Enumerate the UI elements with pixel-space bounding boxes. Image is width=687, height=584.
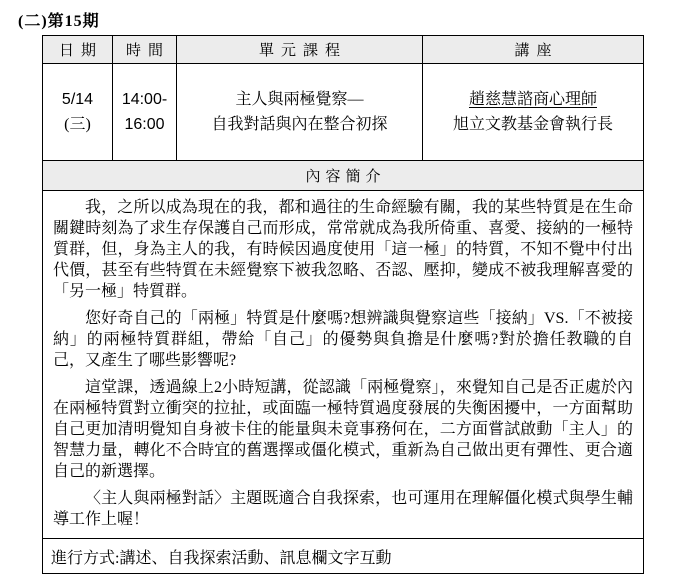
table-header-row: 日期 時間 單元課程 講座 (43, 36, 643, 64)
session-time-start: 14:00- (122, 87, 167, 112)
content-paragraph-4: 〈主人與兩極對話〉主題既適合自我探索，也可運用在理解僵化模式與學生輔導工作上喔！ (53, 488, 633, 530)
content-intro-body: 我，之所以成為現在的我，都和過往的生命經驗有關，我的某些特質是在生命關鍵時刻為了… (43, 191, 643, 539)
course-title-line2: 自我對話與內在整合初探 (211, 112, 387, 137)
method-row: 進行方式:講述、自我探索活動、訊息欄文字互動 (43, 539, 643, 573)
content-paragraph-3: 這堂課，透過線上2小時短講，從認識「兩極覺察」，來覺知自己是否正處於內在兩極特質… (53, 377, 633, 482)
speaker-title: 旭立文教基金會執行長 (453, 112, 613, 137)
session-speaker-cell: 趙慈慧諮商心理師 旭立文教基金會執行長 (423, 64, 643, 160)
content-paragraph-2: 您好奇自己的「兩極」特質是什麼嗎?想辨識與覺察這些「接納」VS.「不被接納」的兩… (53, 308, 633, 371)
session-time-cell: 14:00- 16:00 (113, 64, 177, 160)
header-cell-time: 時間 (113, 36, 177, 63)
session-weekday: (三) (64, 112, 91, 137)
header-cell-course: 單元課程 (177, 36, 423, 63)
content-intro-header: 內容簡介 (43, 161, 643, 191)
header-cell-speaker: 講座 (423, 36, 643, 63)
header-cell-date: 日期 (43, 36, 113, 63)
course-title-line1: 主人與兩極覺察— (235, 87, 363, 112)
session-row: 5/14 (三) 14:00- 16:00 主人與兩極覺察— 自我對話與內在整合… (43, 64, 643, 161)
session-date: 5/14 (62, 87, 93, 112)
session-time-end: 16:00 (124, 112, 164, 137)
speaker-name: 趙慈慧諮商心理師 (469, 87, 597, 112)
session-course-cell: 主人與兩極覺察— 自我對話與內在整合初探 (177, 64, 423, 160)
content-paragraph-1: 我，之所以成為現在的我，都和過往的生命經驗有關，我的某些特質是在生命關鍵時刻為了… (53, 197, 633, 302)
session-date-cell: 5/14 (三) (43, 64, 113, 160)
page-title: (二)第15期 (18, 8, 100, 31)
course-schedule-table: 日期 時間 單元課程 講座 5/14 (三) 14:00- 16:00 主人與兩… (42, 35, 644, 574)
